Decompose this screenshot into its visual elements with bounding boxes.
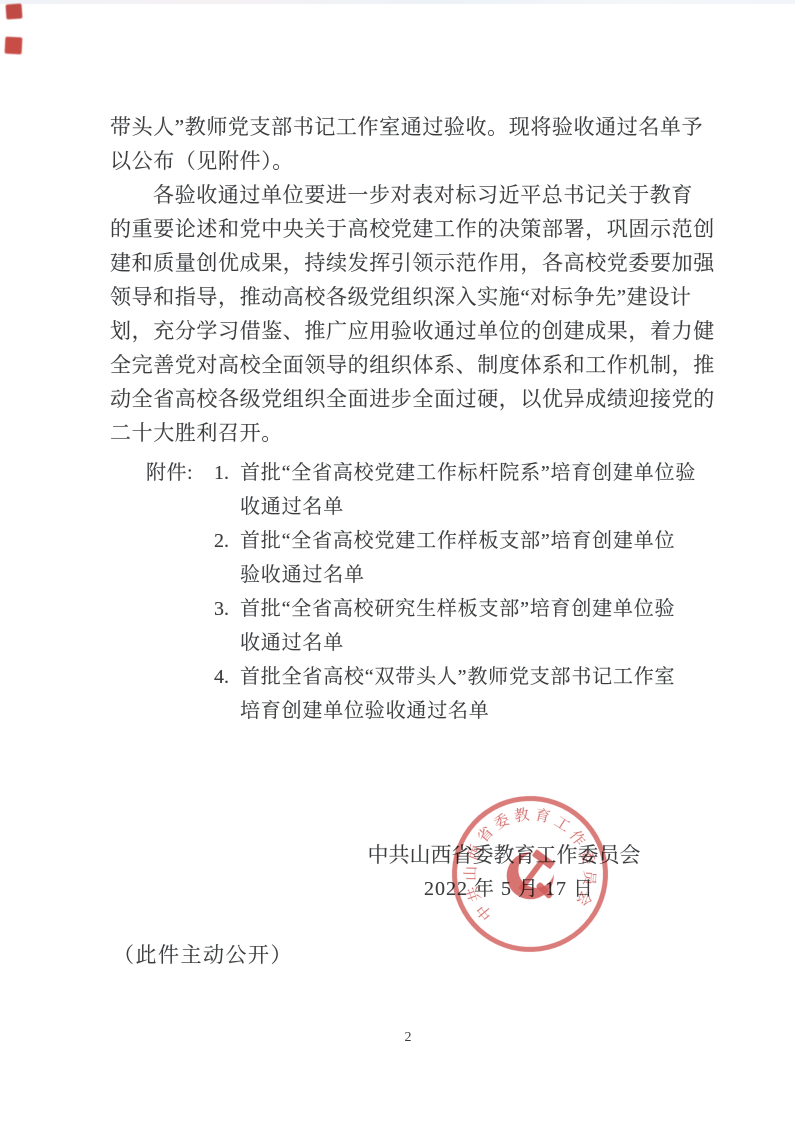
attachment-line-1: 2.首批“全省高校党建工作样板支部”培育创建单位 [0, 524, 795, 558]
seal-arc-char: 山 [459, 866, 480, 881]
seal-arc-char: 员 [579, 870, 601, 886]
attachment-line-1: 3.首批“全省高校研究生样板支部”培育创建单位验 [0, 592, 795, 626]
attachment-title-text: 首批“全省高校党建工作标杆院系”培育创建单位验 [240, 462, 696, 484]
red-stamp-fragment [5, 37, 23, 55]
seal-arc-char: 共 [461, 884, 486, 905]
scan-edge-artifact [0, 0, 795, 4]
seal-arc-char: 西 [461, 842, 486, 864]
official-seal: 中共山西省委教育工作委员会 [442, 786, 618, 962]
attachments-list: 附件: 1.首批“全省高校党建工作标杆院系”培育创建单位验 收通过名单 2.首批… [0, 456, 795, 728]
attachment-item: 1.首批“全省高校党建工作标杆院系”培育创建单位验 收通过名单 [0, 456, 795, 524]
attachments-label: 附件: [146, 456, 193, 490]
body-text-line: 建和质量创优成果，持续发挥引领示范作用，各高校党委要加强 [110, 246, 750, 280]
attachment-number: 2. [214, 524, 240, 558]
attachment-number: 1. [214, 456, 240, 490]
attachment-item: 3.首批“全省高校研究生样板支部”培育创建单位验 收通过名单 [0, 592, 795, 660]
seal-arc-char: 委 [490, 808, 513, 834]
attachment-line-2: 收通过名单 [0, 626, 795, 660]
attachment-title-text: 首批“全省高校党建工作样板支部”培育创建单位 [240, 530, 675, 552]
attachment-line-2: 收通过名单 [0, 490, 795, 524]
attachment-line-1: 4.首批全省高校“双带头人”教师党支部书记工作室 [0, 660, 795, 694]
body-text-line: 带头人”教师党支部书记工作室通过验收。现将验收通过名单予 [110, 110, 750, 144]
attachment-title-text: 首批“全省高校研究生样板支部”培育创建单位验 [240, 598, 675, 620]
attachment-line-2: 验收通过名单 [0, 558, 795, 592]
body-text-line: 动全省高校各级党组织全面进步全面过硬，以优异成绩迎接党的 [110, 382, 750, 416]
hammer-and-sickle-icon [495, 842, 565, 912]
body-paragraph-2: 各验收通过单位要进一步对表对标习近平总书记关于教育 的重要论述和党中央关于高校党… [110, 178, 750, 450]
red-stamp-fragment [5, 3, 22, 19]
body-text-line: 领导和指导，推动高校各级党组织深入实施“对标争先”建设计 [110, 280, 750, 314]
attachment-title-text: 首批全省高校“双带头人”教师党支部书记工作室 [240, 666, 675, 688]
attachment-number: 4. [214, 660, 240, 694]
seal-arc-char: 省 [472, 822, 498, 847]
body-text-line: 二十大胜利召开。 [110, 416, 750, 450]
body-text-line: 全完善党对高校全面领导的组织体系、制度体系和工作机制，推 [110, 348, 750, 382]
seal-arc-char: 育 [533, 804, 552, 828]
page-number: 2 [393, 1030, 423, 1046]
disclosure-note: （此件主动公开） [113, 938, 293, 972]
attachment-number: 3. [214, 592, 240, 626]
seal-arc-char: 中 [471, 900, 497, 925]
document-page: 带头人”教师党支部书记工作室通过验收。现将验收通过名单予 以公布（见附件）。 各… [0, 0, 795, 1123]
attachment-line-2: 培育创建单位验收通过名单 [0, 694, 795, 728]
attachment-line-1: 1.首批“全省高校党建工作标杆院系”培育创建单位验 [0, 456, 795, 490]
body-text-line: 划，充分学习借鉴、推广应用验收通过单位的创建成果，着力健 [110, 314, 750, 348]
body-text-line: 以公布（见附件）。 [110, 144, 750, 178]
seal-arc-char: 会 [572, 887, 597, 909]
seal-arc-char: 委 [575, 847, 599, 867]
attachment-item: 4.首批全省高校“双带头人”教师党支部书记工作室 培育创建单位验收通过名单 [0, 660, 795, 728]
seal-arc-char: 作 [565, 826, 591, 851]
body-text-line: 各验收通过单位要进一步对表对标习近平总书记关于教育 [110, 178, 750, 212]
attachment-item: 2.首批“全省高校党建工作样板支部”培育创建单位 验收通过名单 [0, 524, 795, 592]
attachment-items: 1.首批“全省高校党建工作标杆院系”培育创建单位验 收通过名单 2.首批“全省高… [0, 456, 795, 728]
body-paragraph-1: 带头人”教师党支部书记工作室通过验收。现将验收通过名单予 以公布（见附件）。 [110, 110, 750, 178]
body-text-line: 的重要论述和党中央关于高校党建工作的决策部署，巩固示范创 [110, 212, 750, 246]
seal-arc-char: 教 [513, 803, 531, 826]
